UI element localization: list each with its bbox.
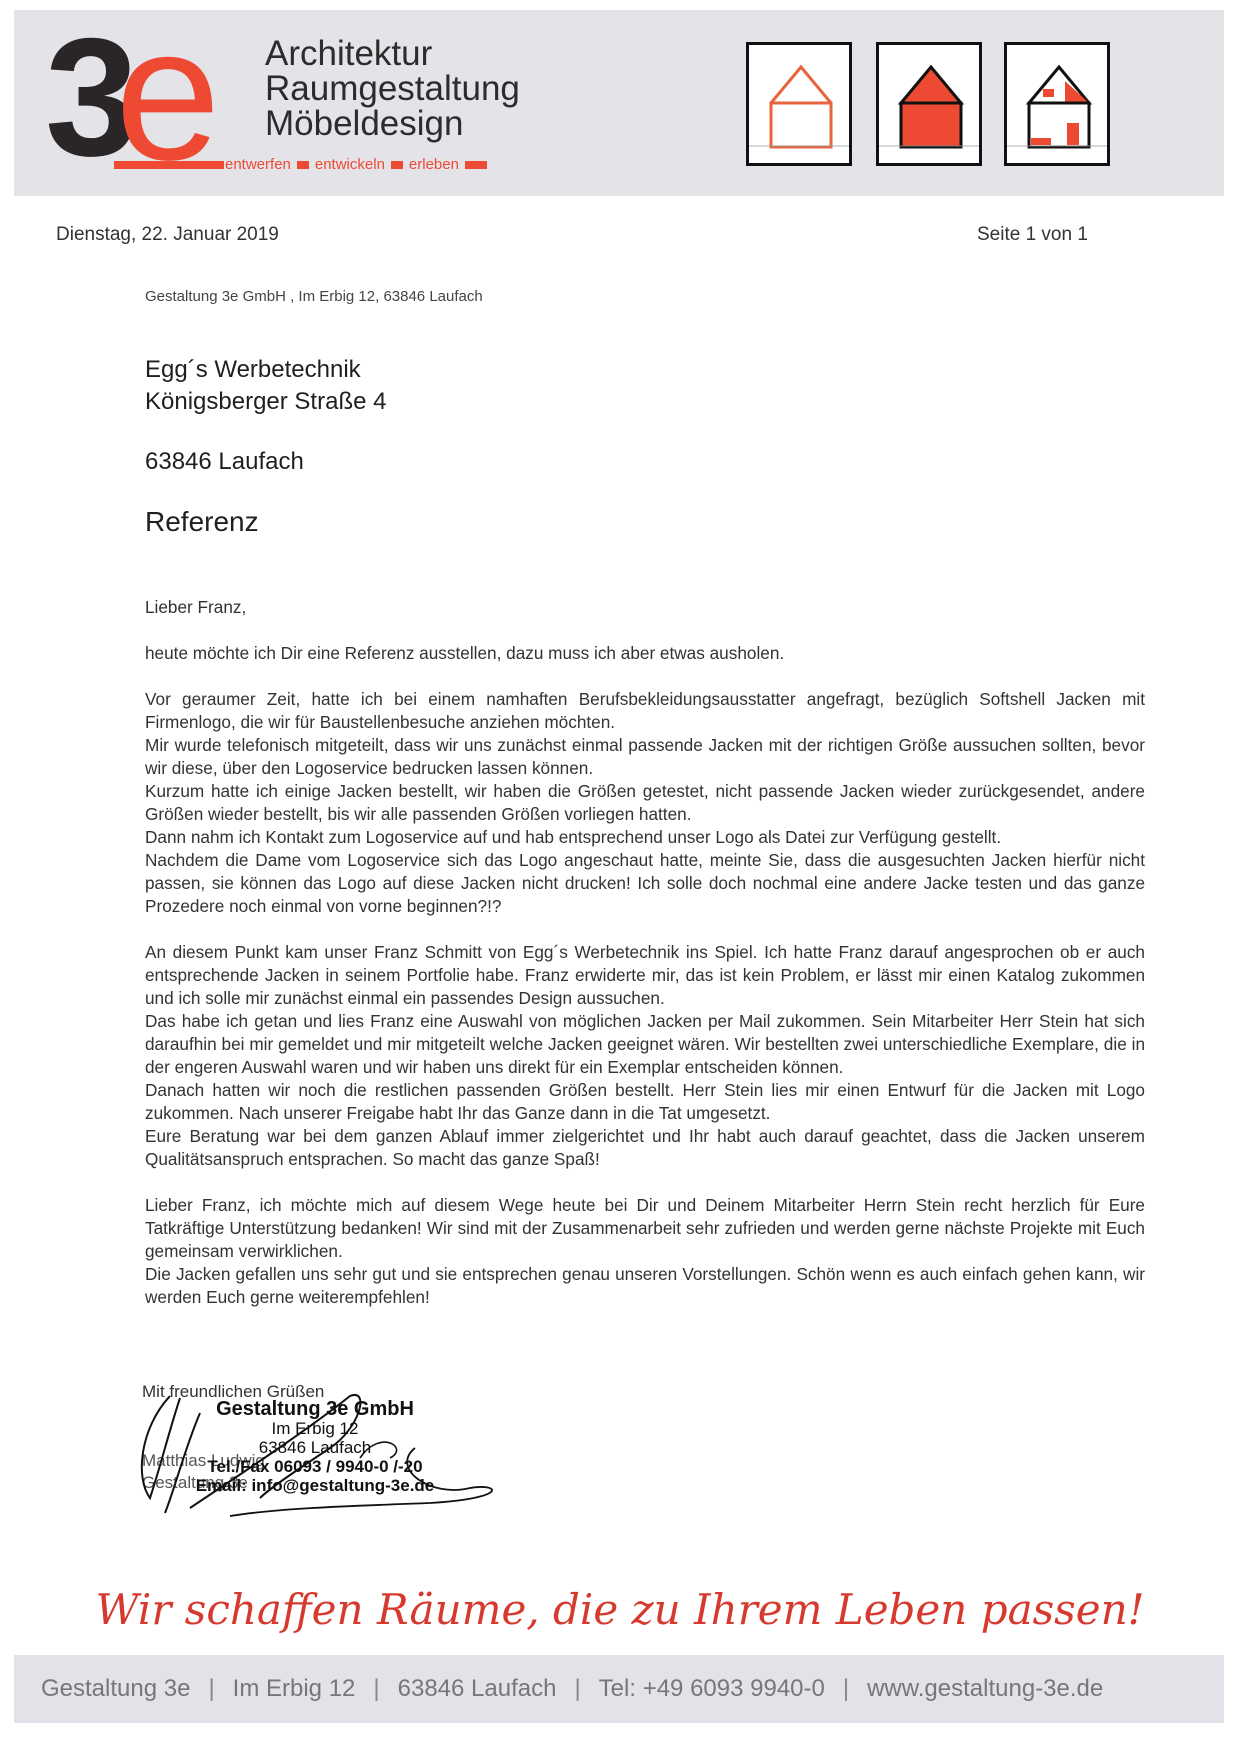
company-motto: Wir schaffen Räume, die zu Ihrem Leben p… xyxy=(0,1585,1240,1634)
discipline-architektur: Architektur xyxy=(265,36,520,71)
handwritten-signature xyxy=(130,1388,550,1518)
footer-contact-bar: Gestaltung 3e | Im Erbig 12 | 63846 Lauf… xyxy=(14,1655,1224,1723)
house-outline-icon xyxy=(746,42,852,166)
discipline-raumgestaltung: Raumgestaltung xyxy=(265,71,520,106)
paragraph: Lieber Franz, ich möchte mich auf diesem… xyxy=(145,1194,1145,1309)
paragraph: An diesem Punkt kam unser Franz Schmitt … xyxy=(145,941,1145,1171)
letter-date: Dienstag, 22. Januar 2019 xyxy=(56,224,279,246)
salutation: Lieber Franz, xyxy=(145,596,1145,619)
divider: | xyxy=(574,1675,580,1703)
tagline-word: entwerfen xyxy=(225,156,291,173)
logo-letter: e xyxy=(115,14,221,174)
tagline: entwerfen entwickeln erleben xyxy=(225,156,487,173)
recipient-street: Königsberger Straße 4 xyxy=(145,386,386,418)
divider: | xyxy=(843,1675,849,1703)
square-bullet-icon xyxy=(297,161,309,169)
divider: | xyxy=(373,1675,379,1703)
footer-city: 63846 Laufach xyxy=(398,1675,557,1703)
paragraph: Vor geraumer Zeit, hatte ich bei einem n… xyxy=(145,688,1145,918)
house-interior-icon xyxy=(1004,42,1110,166)
letter-subject: Referenz xyxy=(145,506,259,538)
recipient-address: Egg´s Werbetechnik Königsberger Straße 4… xyxy=(145,354,386,478)
logo-underline xyxy=(114,161,224,169)
footer-street: Im Erbig 12 xyxy=(233,1675,356,1703)
page-indicator: Seite 1 von 1 xyxy=(977,224,1088,246)
paragraph: heute möchte ich Dir eine Referenz ausst… xyxy=(145,642,1145,665)
footer-website: www.gestaltung-3e.de xyxy=(867,1675,1103,1703)
footer-company: Gestaltung 3e xyxy=(41,1675,190,1703)
house-filled-icon xyxy=(876,42,982,166)
letter-body: Lieber Franz, heute möchte ich Dir eine … xyxy=(145,596,1145,1332)
divider: | xyxy=(208,1675,214,1703)
square-bullet-icon xyxy=(391,161,403,169)
sender-return-address: Gestaltung 3e GmbH , Im Erbig 12, 63846 … xyxy=(145,288,483,305)
recipient-name: Egg´s Werbetechnik xyxy=(145,354,386,386)
discipline-moebeldesign: Möbeldesign xyxy=(265,106,520,141)
footer-phone: Tel: +49 6093 9940-0 xyxy=(599,1675,825,1703)
tagline-word: entwickeln xyxy=(315,156,385,173)
tagline-word: erleben xyxy=(409,156,459,173)
recipient-city: 63846 Laufach xyxy=(145,446,386,478)
bar-icon xyxy=(465,161,487,169)
company-disciplines: Architektur Raumgestaltung Möbeldesign xyxy=(265,36,520,141)
